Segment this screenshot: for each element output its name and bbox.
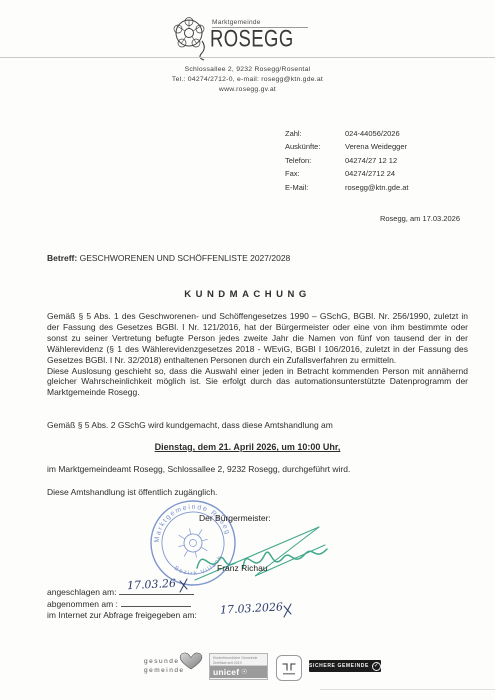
unicef-word: unicef: [213, 667, 239, 677]
unicef-certificate-text: Kinderfreundliche Gemeinde Zertifikat se…: [210, 654, 267, 666]
body-paragraphs: Gemäß § 5 Abs. 1 des Geschworenen- und S…: [47, 311, 468, 398]
address-line: Schlossallee 2, 9232 Rosegg/Rosental: [0, 65, 495, 75]
meta-value: 024-44056/2026: [345, 127, 400, 140]
signature-scribble-icon: [185, 518, 335, 593]
meta-value: rosegg@ktn.gde.at: [345, 181, 409, 194]
certification-mark-icon: [277, 656, 301, 680]
meta-label: Auskünfte:: [285, 140, 345, 153]
meta-value: 04274/27 12 12: [345, 154, 397, 167]
check-icon: ✓: [372, 662, 381, 671]
meta-label: Telefon:: [285, 154, 345, 167]
subject-line: Betreff: GESCHWORENEN UND SCHÖFFENLISTE …: [47, 253, 290, 263]
meta-row: E-Mail: rosegg@ktn.gde.at: [285, 181, 409, 194]
meta-label: Fax:: [285, 167, 345, 180]
unicef-globe-icon: ☉: [241, 668, 247, 676]
subject-text: GESCHWORENEN UND SCHÖFFENLISTE 2027/2028: [80, 253, 291, 263]
paraph-mark-icon: [282, 602, 294, 618]
scanned-document-page: Marktgemeinde ROSEGG Schlossallee 2, 923…: [0, 0, 495, 700]
rose-icon: [171, 15, 211, 61]
sichere-gemeinde-badge: SICHERE GEMEINDE ✓: [309, 660, 381, 672]
meta-label: E-Mail:: [285, 181, 345, 194]
unicef-small-line2: Zertifikat seit 2019: [213, 661, 267, 666]
removed-line: abgenommen am :: [47, 598, 191, 609]
paragraph-announcement: Gemäß § 5 Abs. 2 GSchG wird kundgemacht,…: [47, 420, 468, 431]
paragraph-draw-method: Diese Auslosung geschieht so, dass die A…: [47, 366, 468, 399]
unicef-wordmark: unicef ☉: [210, 666, 267, 678]
address-line: Tel.: 04274/2712-0, e-mail: rosegg@ktn.g…: [0, 75, 495, 85]
meta-row: Auskünfte: Verena Weidegger: [285, 140, 409, 153]
municipality-logo: [171, 15, 211, 66]
meta-value: Verena Weidegger: [345, 140, 407, 153]
unicef-logo: Kinderfreundliche Gemeinde Zertifikat se…: [209, 653, 268, 680]
certification-logo: [276, 655, 302, 681]
address-line: www.rosegg.gv.at: [0, 85, 495, 95]
session-date-line: Dienstag, dem 21. April 2026, um 10:00 U…: [0, 442, 495, 452]
paragraph-legal-basis: Gemäß § 5 Abs. 1 des Geschworenen- und S…: [47, 311, 468, 366]
posted-label: angeschlagen am:: [47, 587, 116, 597]
meta-row: Zahl: 024-44056/2026: [285, 127, 409, 140]
meta-label: Zahl:: [285, 127, 345, 140]
subject-label: Betreff:: [47, 253, 77, 263]
paragraph-location: im Marktgemeindeamt Rosegg, Schlossallee…: [47, 464, 468, 475]
handwritten-internet-date: 17.03.2026: [220, 600, 284, 616]
handwritten-posted-date: 17.03.26: [127, 577, 177, 593]
sichere-label: SICHERE GEMEINDE: [309, 663, 369, 669]
place-date: Rosegg, am 17.03.2026: [260, 214, 460, 223]
removed-blank: [121, 598, 191, 607]
address-block: Schlossallee 2, 9232 Rosegg/Rosental Tel…: [0, 65, 495, 94]
reference-block: Zahl: 024-44056/2026 Auskünfte: Verena W…: [285, 127, 409, 194]
meta-row: Telefon: 04274/27 12 12: [285, 154, 409, 167]
heart-icon: [178, 651, 204, 676]
header-divider: [0, 57, 495, 58]
paragraph-public-access: Diese Amtshandlung ist öffentlich zugäng…: [47, 487, 468, 498]
org-name-large: ROSEGG: [210, 27, 294, 51]
removed-label: abgenommen am :: [47, 599, 118, 609]
internet-label: im Internet zur Abfrage freigegeben am:: [47, 610, 197, 620]
signer-name: Franz Richau: [217, 563, 268, 573]
scan-artifact-line: [320, 689, 495, 690]
paraph-mark-icon: [178, 577, 190, 593]
internet-release-line: im Internet zur Abfrage freigegeben am:: [47, 610, 197, 620]
notice-title: KUNDMACHUNG: [0, 289, 495, 300]
meta-row: Fax: 04274/2712 24: [285, 167, 409, 180]
meta-value: 04274/2712 24: [345, 167, 395, 180]
